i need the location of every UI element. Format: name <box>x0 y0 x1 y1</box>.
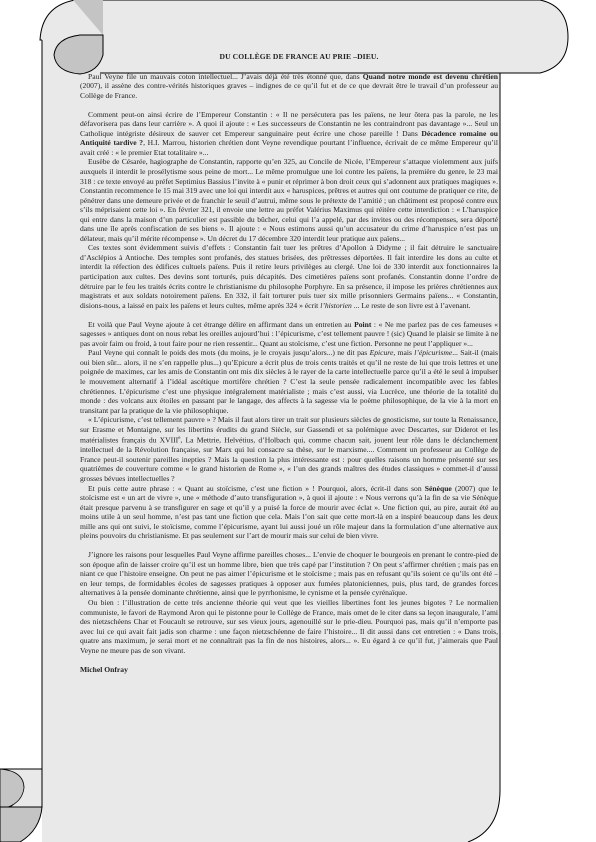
paragraph: Et puis cette autre phrase : « Quant au … <box>80 484 498 541</box>
paragraph: J’ignore les raisons pour lesquelles Pau… <box>80 550 498 598</box>
page-title: DU COLLÈGE DE FRANCE AU PRIE –DIEU. <box>80 52 498 62</box>
paragraph: Paul Veyne qui connaît le poids des mots… <box>80 348 498 415</box>
paragraph: Paul Veyne file un mauvais coton intelle… <box>80 72 498 101</box>
article-body: Paul Veyne file un mauvais coton intelle… <box>80 72 498 656</box>
paragraph: Ou bien : l’illustration de cette très a… <box>80 598 498 655</box>
paragraph: Ces textes sont évidemment suivis d’effe… <box>80 243 498 310</box>
paragraph: Et voilà que Paul Veyne ajoute à cet étr… <box>80 320 498 349</box>
paragraph: Comment peut-on ainsi écrire de l’Empere… <box>80 110 498 158</box>
author-signature: Michel Onfray <box>80 665 498 675</box>
paragraph-spacer <box>80 100 498 110</box>
paragraph-spacer <box>80 541 498 551</box>
paragraph: « L’épicurisme, c’est tellement pauvre »… <box>80 415 498 483</box>
paragraph: Eusèbe de Césarée, hagiographe de Consta… <box>80 157 498 243</box>
paragraph-spacer <box>80 310 498 320</box>
article: DU COLLÈGE DE FRANCE AU PRIE –DIEU. Paul… <box>80 52 498 674</box>
